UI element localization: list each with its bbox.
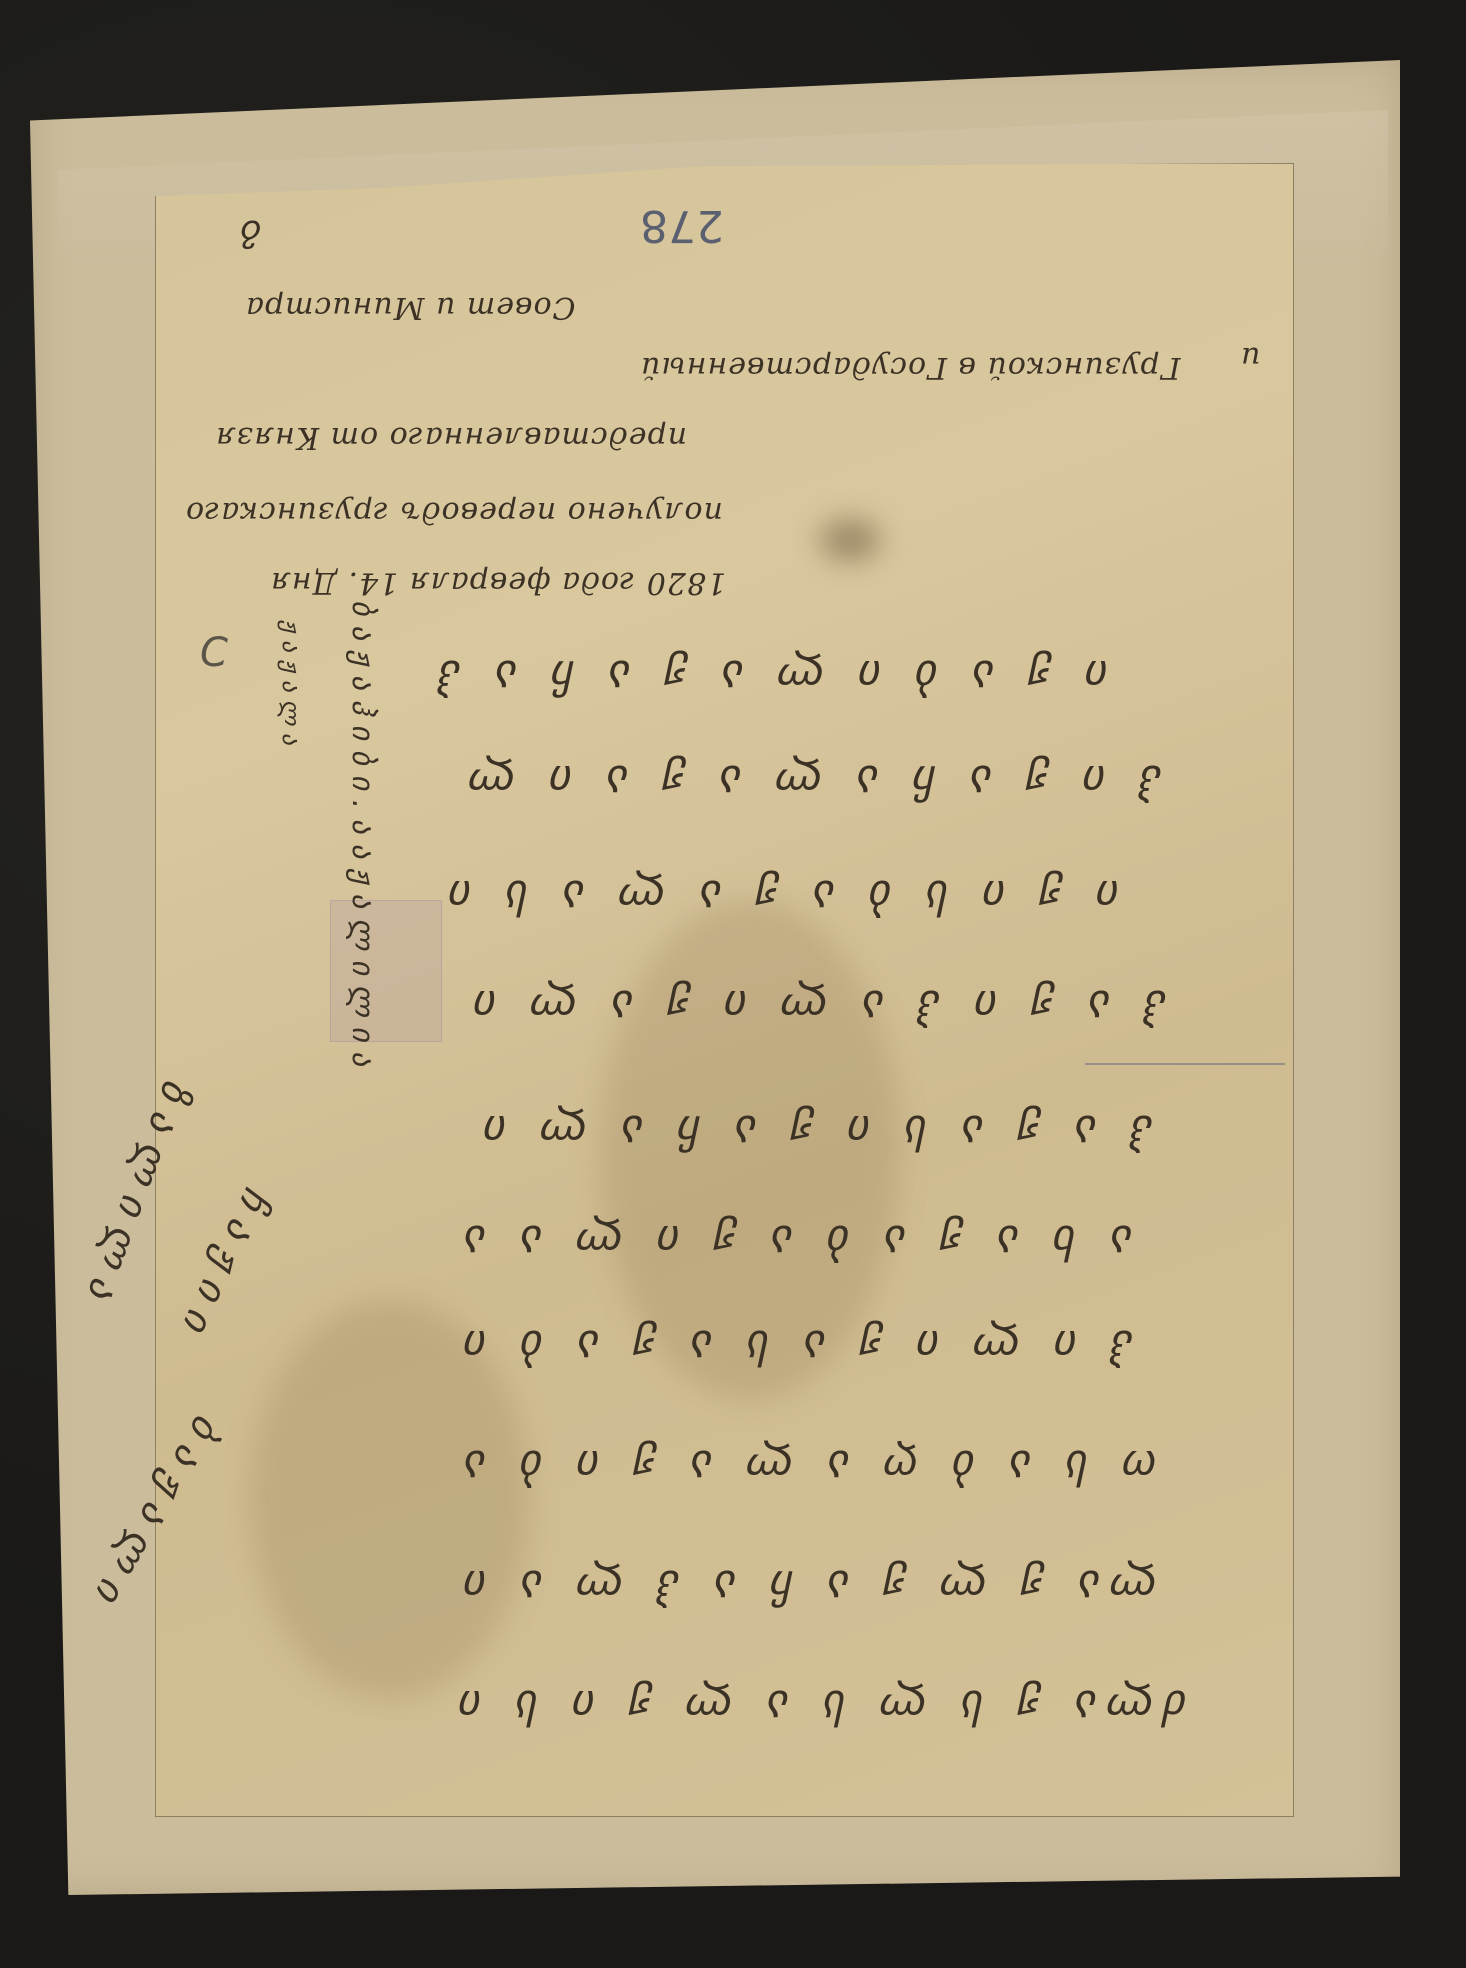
georgian-line-4: ო ს ა ბ ღ ა ლ ა ჟ ი ბ ა	[455, 1440, 1158, 1491]
vertical-margin-note-2: ჟ ა ჟ ა ლ ა	[277, 620, 305, 745]
russian-header-line-3: представленнаго от Князя	[215, 420, 687, 455]
georgian-line-11: ი ჟ ა ბ ი ლ ა ჟ ა ჩ ა ჰ	[430, 650, 1109, 701]
russian-header-line-1: 1820 года февраля 14. Дня	[270, 565, 726, 600]
folio-number: 278	[640, 200, 724, 251]
vertical-margin-note: ბ ა ჟ ა ჰ ი ბ ი . ა ა ჟ ა ლ ი ლ ი ა	[345, 600, 380, 1066]
georgian-line-3: ლა ჟ ლ ჟ ა ჩ ა ჰ ლ ა ი	[455, 1560, 1158, 1611]
pencil-circle-mark: С	[200, 630, 228, 676]
underline-stroke	[1085, 1063, 1285, 1065]
russian-header-trailing: и	[1240, 340, 1260, 375]
georgian-line-6: ა ხ ა ჟ ა ბ ა ჟ ი ლ ა ა	[455, 1215, 1134, 1266]
corner-mark: გ	[240, 220, 261, 261]
georgian-line-8: ჰ ა ჟ ი ჰ ა ლ ი ჟ ა ლ ი	[465, 980, 1168, 1031]
georgian-line-9: ი ჟ ი ს ბ ა ჟ ა ლ ა ს ი	[440, 870, 1120, 921]
russian-header-line-2: получено переводъ грузинскаго	[185, 495, 723, 530]
russian-header-line-5: Совет и Министра	[245, 290, 576, 325]
georgian-line-5: ჰ ი ლ ი ჟ ა ს ა ჟ ა ბ ი	[455, 1320, 1135, 1371]
georgian-line-10: ჰ ი ჟ ა ჩ ა ლ ა ჟ ა ი ლ	[460, 755, 1163, 806]
ink-blot	[820, 520, 880, 560]
georgian-line-2: ძლა ჟ ს ლ ს ა ლ ჟ ი ს ი	[450, 1680, 1188, 1731]
georgian-line-7: ჰ ა ჟ ა ს ი ჟ ა ჩ ა ლ ი	[475, 1105, 1154, 1156]
russian-header-line-4: Грузинской в Государственный	[640, 350, 1181, 385]
